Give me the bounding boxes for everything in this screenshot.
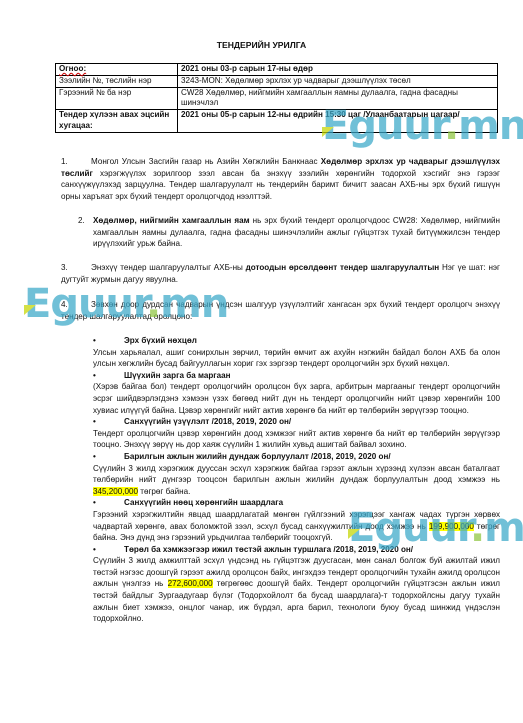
paragraph-1: 1.Монгол Улсын Засгийн газар нь Азийн Хө… [61, 156, 500, 202]
criterion-eligibility: •Эрх бүхий нөхцөл Улсын харьяалал, ашиг … [93, 335, 500, 370]
bullet-icon: • [93, 416, 124, 428]
criterion-turnover: •Барилгын ажлын жилийн дундаж борлуулалт… [93, 451, 500, 497]
logo-flag-icon [24, 305, 36, 315]
criterion-heading: Санхүүгийн үзүүлэлт /2018, 2019, 2020 он… [124, 417, 291, 426]
deadline-label: Тендер хүлээн авах эцсийн хугацаа: [56, 110, 178, 133]
paragraph-number: 1. [61, 156, 91, 168]
loan-value: 3243-MON: Хөдөлмөр эрхлэх ур чадварыг дэ… [178, 75, 498, 87]
bullet-icon: • [93, 451, 124, 463]
table-row: Тендер хүлээн авах эцсийн хугацаа: 2021 … [56, 110, 498, 133]
paragraph-4: 4.Зөвхөн доор дурдсан чадварын үндсэн ша… [61, 299, 500, 322]
paragraph-number: 3. [61, 262, 91, 274]
criterion-text: Тендерт оролцогчийн цэвэр хөрөнгийн доод… [93, 428, 500, 451]
criterion-text: Сүүлийн 3 жилд амжилттай эсхүл үндсэнд н… [93, 555, 500, 625]
table-row: Огноо: 2021 оны 03-р сарын 17-ны өдөр [56, 64, 498, 76]
criterion-heading: Эрх бүхий нөхцөл [124, 336, 197, 345]
table-row: Зээлийн №, төслийн нэр 3243-MON: Хөдөлмө… [56, 75, 498, 87]
paragraph-number: 2. [78, 215, 85, 227]
criterion-heading: Санхүүгийн нөөц хөрөнгийн шаардлага [124, 498, 283, 507]
document-title: ТЕНДЕРИЙН УРИЛГА [0, 40, 523, 52]
criterion-heading: Төрөл ба хэмжээгээр ижил төстэй ажлын ту… [124, 545, 413, 554]
bullet-icon: • [93, 497, 124, 509]
bullet-icon: • [93, 544, 124, 556]
criterion-heading: Барилгын ажлын жилийн дундаж борлуулалт … [124, 452, 391, 461]
highlighted-amount: 272,600,000 [168, 579, 213, 588]
loan-label: Зээлийн №, төслийн нэр [56, 75, 178, 87]
criteria-list: •Эрх бүхий нөхцөл Улсын харьяалал, ашиг … [93, 335, 500, 625]
date-label: Огноо: [59, 64, 86, 73]
criterion-text: Улсын харьяалал, ашиг сонирхлын зөрчил, … [93, 347, 500, 370]
highlighted-amount: 345,200,000 [93, 487, 138, 496]
paragraph-3: 3.Энэхүү тендер шалгаруулалтыг АХБ-ны до… [61, 262, 500, 285]
criterion-experience: •Төрөл ба хэмжээгээр ижил төстэй ажлын т… [93, 544, 500, 625]
contract-label: Гэрээний № ба нэр [56, 87, 178, 110]
criterion-text: (Хэрэв байгаа бол) тендерт оролцогчийн о… [93, 381, 500, 416]
deadline-value: 2021 оны 05-р сарын 12-ны өдрийн 15:30 ц… [178, 110, 498, 133]
criterion-financial: •Санхүүгийн үзүүлэлт /2018, 2019, 2020 о… [93, 416, 500, 451]
tender-info-table: Огноо: 2021 оны 03-р сарын 17-ны өдөр Зэ… [55, 63, 498, 133]
criterion-litigation: •Шүүхийн зарга ба маргаан (Хэрэв байгаа … [93, 370, 500, 416]
criterion-heading: Шүүхийн зарга ба маргаан [124, 371, 231, 380]
paragraph-2: 2. Хөдөлмөр, нийгмийн хамгааллын яам нь … [78, 215, 500, 250]
table-row: Гэрээний № ба нэр CW28 Хөдөлмөр, нийгмий… [56, 87, 498, 110]
highlighted-amount: 199,900,000 [429, 522, 474, 531]
bullet-icon: • [93, 370, 124, 382]
date-value: 2021 оны 03-р сарын 17-ны өдөр [178, 64, 498, 76]
criterion-resources: •Санхүүгийн нөөц хөрөнгийн шаардлага Гэр… [93, 497, 500, 543]
bullet-icon: • [93, 335, 124, 347]
contract-value: CW28 Хөдөлмөр, нийгмийн хамгааллын яамны… [178, 87, 498, 110]
criterion-text: Гэрээний хэрэгжилтийн явцад шаардлагатай… [93, 509, 500, 544]
paragraph-number: 4. [61, 299, 91, 311]
criterion-text: Сүүлийн 3 жилд хэрэгжиж дууссан эсхүл хэ… [93, 463, 500, 498]
